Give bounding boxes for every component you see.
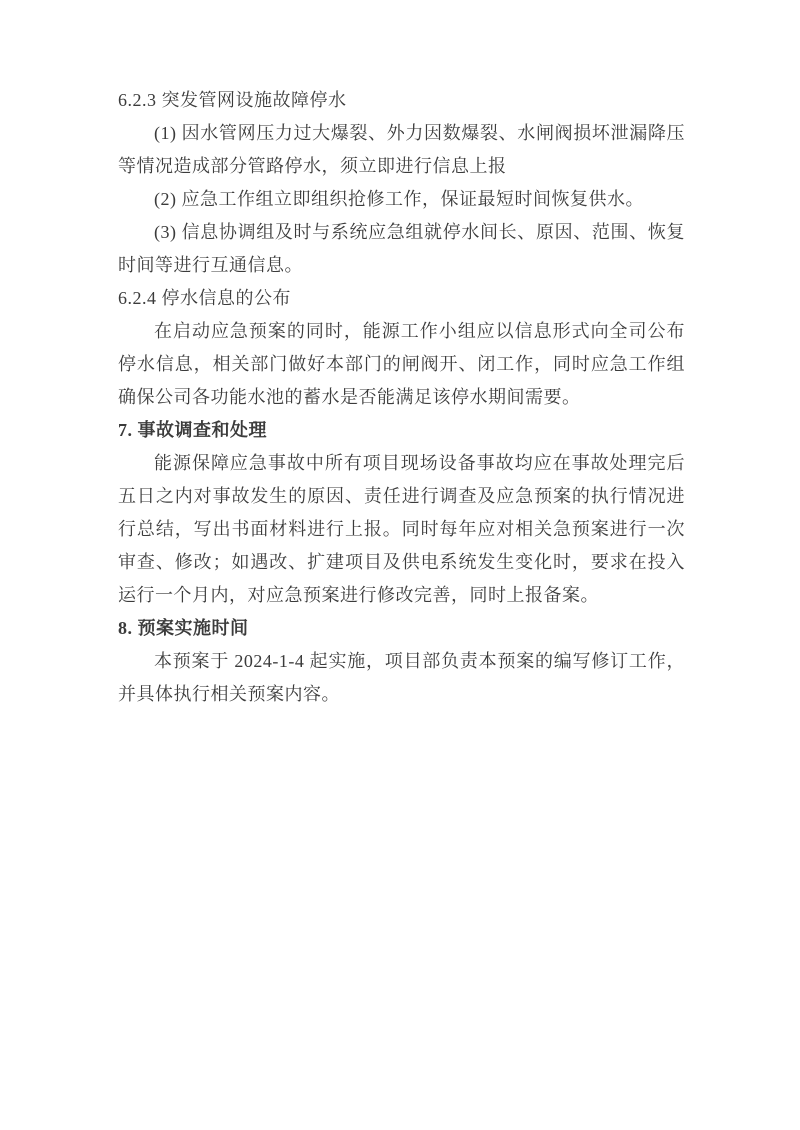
paragraph: 本预案于 2024-1-4 起实施，项目部负责本预案的编写修订工作，并具体执行相… [118,645,685,711]
paragraph: 能源保障应急事故中所有项目现场设备事故均应在事故处理完后五日之内对事故发生的原因… [118,447,685,612]
paragraph: (3) 信息协调组及时与系统应急组就停水间长、原因、范围、恢复时间等进行互通信息… [118,216,685,282]
section-heading: 6.2.4 停水信息的公布 [118,282,685,315]
paragraph: (2) 应急工作组立即组织抢修工作，保证最短时间恢复供水。 [118,183,685,216]
paragraph: (1) 因水管网压力过大爆裂、外力因数爆裂、水闸阀损坏泄漏降压等情况造成部分管路… [118,117,685,183]
document-page: 6.2.3 突发管网设施故障停水(1) 因水管网压力过大爆裂、外力因数爆裂、水闸… [0,0,800,1130]
section-heading: 8. 预案实施时间 [118,612,685,645]
section-heading: 6.2.3 突发管网设施故障停水 [118,84,685,117]
paragraph: 在启动应急预案的同时，能源工作小组应以信息形式向全司公布停水信息，相关部门做好本… [118,315,685,414]
section-heading: 7. 事故调查和处理 [118,414,685,447]
